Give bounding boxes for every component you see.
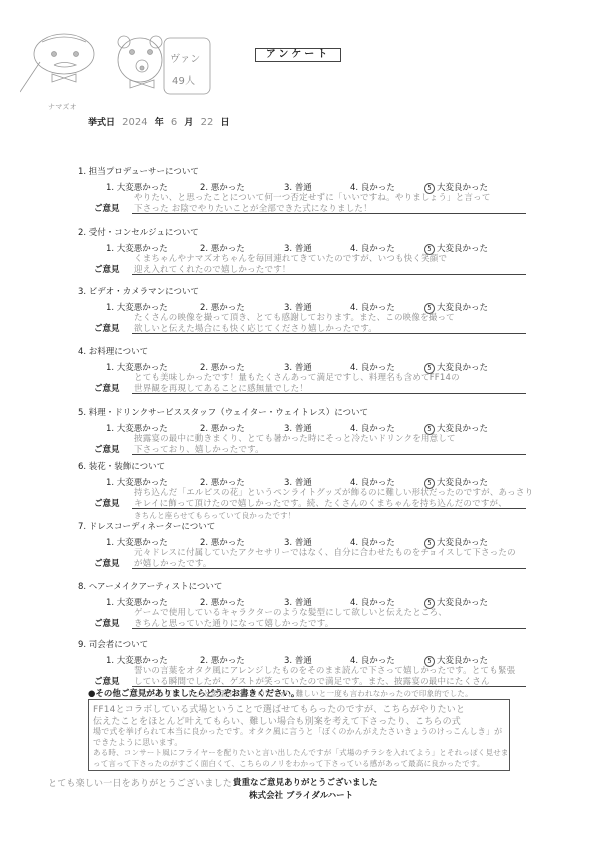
date-year-unit: 年: [155, 118, 164, 128]
footer-thanks: 貴重なご意見ありがとうございました: [233, 776, 378, 788]
footer-company: 株式会社 ブライダルハート: [249, 789, 353, 801]
other-line: って言って下さったのがすごく面白くて、こちらのノリをわかって下さっている感があっ…: [93, 758, 507, 769]
comment-label: ご意見: [94, 322, 120, 334]
comment-label: ご意見: [94, 263, 120, 275]
date-day-unit: 日: [220, 118, 229, 128]
wedding-date: 挙式日 2024 年 6 月 22 日: [88, 115, 229, 128]
comment-label: ご意見: [94, 557, 120, 569]
date-label: 挙式日: [88, 118, 115, 128]
character-sketch: ヴァン 49人 ナマズオ: [20, 32, 220, 122]
comment-label: ご意見: [94, 202, 120, 214]
other-line: ある時、コンサート風にフライヤーを配りたいと言い出したんですが「式場のチラシを入…: [93, 747, 507, 758]
comment-label: ご意見: [94, 443, 120, 455]
survey-section: 9. 司会者について1. 大変悪かった2. 悪かった3. 普通4. 良かった5大…: [78, 638, 548, 650]
survey-section: 2. 受付・コンセルジュについて1. 大変悪かった2. 悪かった3. 普通4. …: [78, 226, 548, 238]
comment-underline: [132, 333, 526, 334]
comment-underline: [132, 628, 526, 629]
section-title: 9. 司会者について: [78, 638, 548, 650]
comment-underline: [132, 454, 526, 455]
section-title: 7. ドレスコーディネーターについて: [78, 520, 548, 532]
sketch-box-line2: 49人: [172, 72, 195, 87]
section-title: 2. 受付・コンセルジュについて: [78, 226, 548, 238]
comment-underline: [132, 568, 526, 569]
survey-section: 5. 料理・ドリンクサービススタッフ（ウェイター・ウェイトレス）について1. 大…: [78, 406, 548, 418]
comment-label: ご意見: [94, 497, 120, 509]
date-day: 22: [201, 117, 214, 128]
handwritten-thanks: とても楽しい一日をありがとうございました！: [48, 776, 241, 789]
other-comments-title: ●その他ご意見がありましたらどうぞお書きください。: [88, 687, 299, 699]
other-line: 場で式を挙げられて本当に良かったです。オタク風に言うと「ぼくのかんがえたさいきょ…: [93, 726, 507, 737]
comment-label: ご意見: [94, 617, 120, 629]
date-year: 2024: [122, 117, 147, 128]
other-comments-box: FF14とコラボしている式場ということで選ばせてもらったのですが、こちらがやりた…: [88, 699, 510, 771]
section-title: 5. 料理・ドリンクサービススタッフ（ウェイター・ウェイトレス）について: [78, 406, 548, 418]
section-title: 4. お料理について: [78, 345, 548, 357]
section-title: 3. ビデオ・カメラマンについて: [78, 285, 548, 297]
survey-section: 1. 担当プロデューサーについて1. 大変悪かった2. 悪かった3. 普通4. …: [78, 165, 548, 177]
section-title: 1. 担当プロデューサーについて: [78, 165, 548, 177]
survey-section: 6. 装花・装飾について1. 大変悪かった2. 悪かった3. 普通4. 良かった…: [78, 460, 548, 472]
comment-underline: [132, 393, 526, 394]
date-month: 6: [171, 117, 177, 128]
sketch-character-label: ナマズオ: [48, 102, 77, 112]
sketch-box-line1: ヴァン: [170, 50, 201, 65]
survey-section: 3. ビデオ・カメラマンについて1. 大変悪かった2. 悪かった3. 普通4. …: [78, 285, 548, 297]
survey-section: 4. お料理について1. 大変悪かった2. 悪かった3. 普通4. 良かった5大…: [78, 345, 548, 357]
section-title: 8. ヘアーメイクアーティストについて: [78, 580, 548, 592]
comment-label: ご意見: [94, 675, 120, 687]
comment-underline: [132, 508, 526, 509]
comment-underline: [132, 213, 526, 214]
survey-section: 8. ヘアーメイクアーティストについて1. 大変悪かった2. 悪かった3. 普通…: [78, 580, 548, 592]
section-title: 6. 装花・装飾について: [78, 460, 548, 472]
date-month-unit: 月: [184, 118, 193, 128]
survey-section: 7. ドレスコーディネーターについて1. 大変悪かった2. 悪かった3. 普通4…: [78, 520, 548, 532]
comment-label: ご意見: [94, 382, 120, 394]
survey-title: アンケート: [255, 48, 341, 62]
comment-underline: [132, 274, 526, 275]
